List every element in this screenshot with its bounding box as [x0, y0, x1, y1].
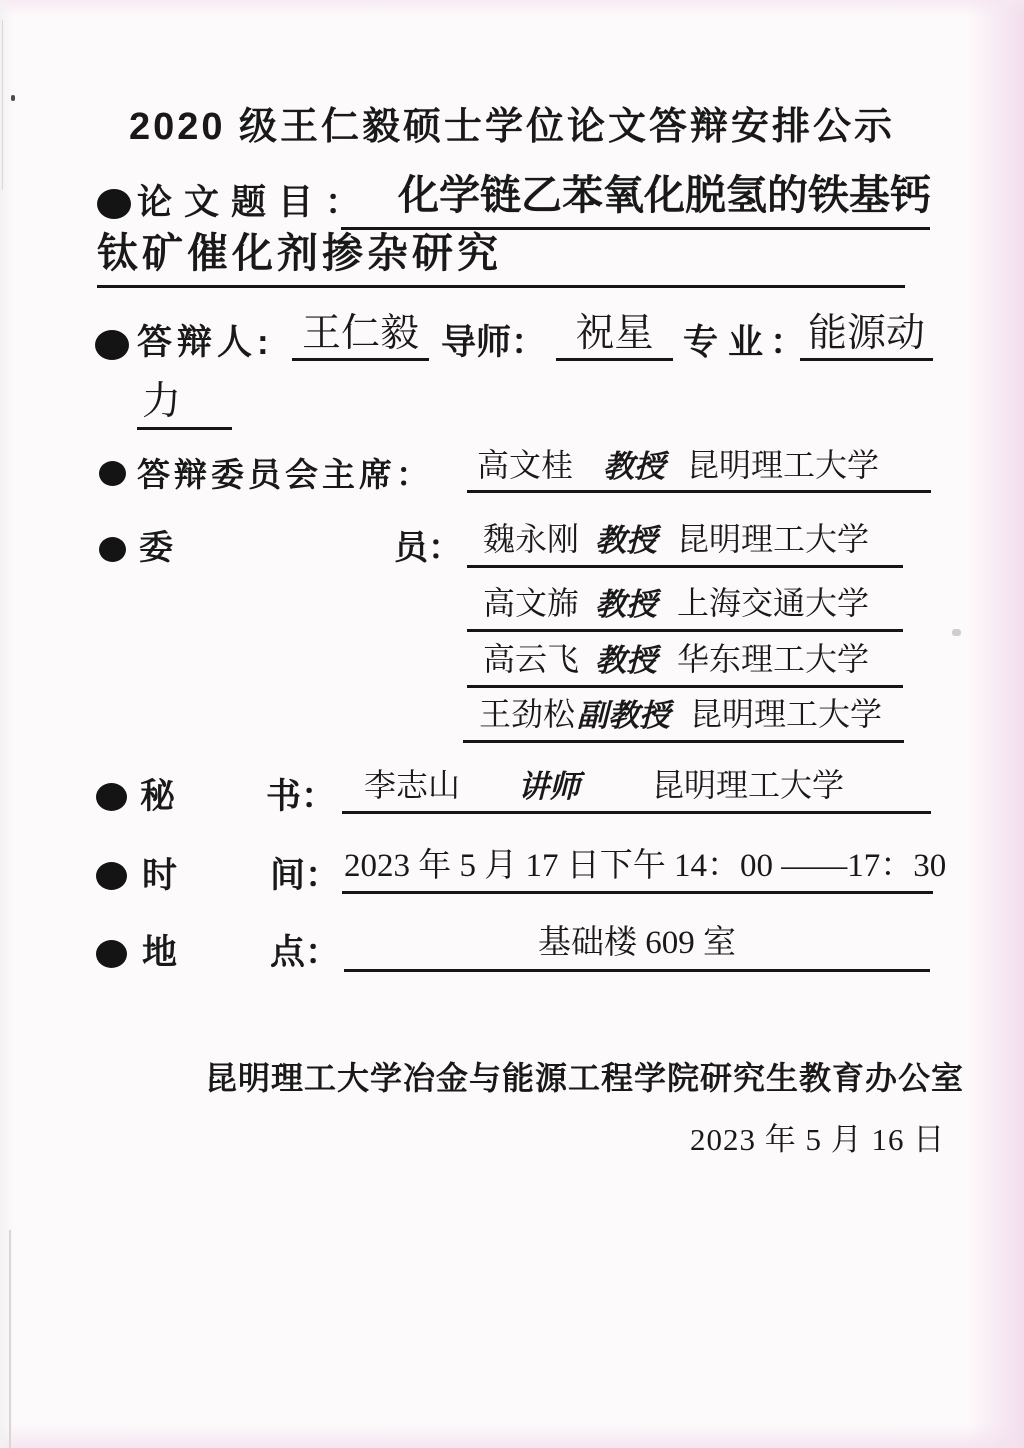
- bullet-icon: [95, 330, 129, 360]
- major-value-field-line2: 力: [137, 380, 232, 430]
- member-affiliation: 昆明理工大学: [690, 689, 882, 735]
- location-value: 基础楼 609 室: [538, 916, 736, 963]
- member-affiliation: 上海交通大学: [677, 578, 869, 624]
- major-value-field: 能源动: [800, 313, 933, 361]
- thesis-title-label: 论文题目：: [137, 185, 372, 220]
- member-name: 高文旆: [483, 578, 579, 624]
- secretary-affiliation: 昆明理工大学: [652, 760, 844, 806]
- location-label-char2: 点：: [270, 935, 340, 970]
- thesis-title-line1: 化学链乙苯氧化脱氢的铁基钙: [398, 162, 931, 221]
- member-row: 魏永刚 教授 昆明理工大学: [467, 523, 903, 568]
- candidate-name-field: 王仁毅: [292, 313, 429, 361]
- time-value: 2023 年 5 月 17 日下午 14：00 ——17：30: [344, 839, 946, 886]
- advisor-name-field: 祝星: [556, 313, 673, 361]
- committee-label-char1: 委: [139, 531, 173, 565]
- scan-speck: [952, 629, 961, 636]
- scan-edge-right: [966, 0, 1024, 1448]
- chair-name: 高文桂: [477, 440, 573, 486]
- member-name: 魏永刚: [483, 514, 579, 560]
- chair-affiliation: 昆明理工大学: [687, 440, 879, 486]
- major-label: 专业: [683, 325, 773, 360]
- location-label-char1: 地: [142, 935, 177, 970]
- member-title: 教授: [595, 515, 657, 560]
- document-page: 2020 级王仁毅硕士学位论文答辩安排公示 论文题目： 化学链乙苯氧化脱氢的铁基…: [0, 0, 1024, 1448]
- chair-field: 高文桂 教授 昆明理工大学: [467, 448, 931, 493]
- secretary-field: 李志山 讲师 昆明理工大学: [342, 768, 931, 814]
- member-affiliation: 华东理工大学: [677, 634, 869, 680]
- committee-label-char2: 员：: [394, 531, 462, 565]
- bullet-icon: [97, 189, 131, 219]
- scan-speck: [11, 95, 15, 101]
- advisor-name: 祝星: [575, 314, 653, 353]
- location-field: 基础楼 609 室: [344, 924, 930, 972]
- member-affiliation: 昆明理工大学: [677, 514, 869, 560]
- scan-line-artifact: [2, 20, 3, 190]
- secretary-label-char2: 书：: [266, 779, 336, 814]
- member-name: 高云飞: [483, 634, 579, 680]
- member-name: 王劲松: [479, 689, 575, 735]
- time-field: 2023 年 5 月 17 日下午 14：00 ——17：30: [342, 848, 933, 894]
- scan-edge-top: [0, 0, 1024, 16]
- member-title: 教授: [595, 635, 657, 680]
- secretary-name: 李志山: [364, 760, 460, 806]
- time-label-char1: 时: [142, 858, 177, 893]
- member-row: 高云飞 教授 华东理工大学: [467, 643, 903, 688]
- thesis-title-field-line2: 钛矿催化剂掺杂研究: [97, 236, 905, 288]
- advisor-label: 导师：: [441, 325, 546, 360]
- bullet-icon: [96, 862, 127, 890]
- member-title: 教授: [595, 579, 657, 624]
- bullet-icon: [99, 537, 126, 562]
- secretary-label-char1: 秘: [140, 779, 175, 814]
- candidate-label: 答辩人:: [137, 325, 274, 360]
- secretary-title: 讲师: [518, 761, 580, 806]
- major-value-line2: 力: [142, 382, 181, 421]
- time-label-char2: 间：: [270, 858, 340, 893]
- thesis-title-line2: 钛矿催化剂掺杂研究: [97, 220, 502, 279]
- member-row: 高文旆 教授 上海交通大学: [467, 587, 903, 632]
- footer-office: 昆明理工大学冶金与能源工程学院研究生教育办公室: [205, 1062, 964, 1094]
- scan-edge-bottom: [0, 1424, 1024, 1448]
- scan-line-artifact: [9, 1230, 11, 1448]
- page-title: 2020 级王仁毅硕士学位论文答辩安排公示: [0, 108, 1024, 146]
- candidate-name: 王仁毅: [302, 314, 419, 353]
- chair-title: 教授: [603, 441, 665, 486]
- footer-date: 2023 年 5 月 16 日: [690, 1124, 945, 1155]
- bullet-icon: [96, 940, 127, 968]
- bullet-icon: [99, 461, 126, 486]
- member-row: 王劲松 副教授 昆明理工大学: [463, 698, 904, 743]
- member-title: 副教授: [577, 690, 670, 735]
- major-value-line1: 能源动: [808, 314, 925, 353]
- bullet-icon: [96, 783, 127, 811]
- scan-edge-left: [0, 0, 14, 1448]
- chair-label: 答辩委员会主席：: [137, 458, 433, 491]
